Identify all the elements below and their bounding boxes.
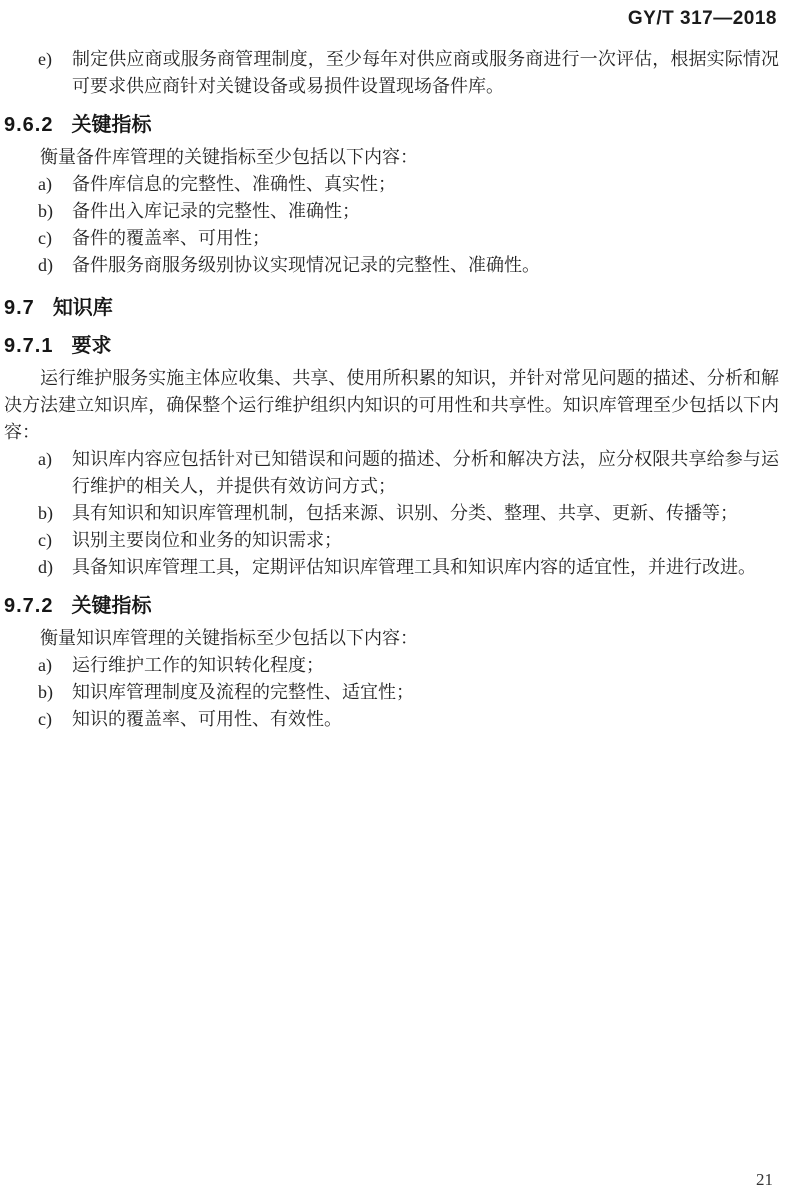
paragraph: 运行维护服务实施主体应收集、共享、使用所积累的知识，并针对常见问题的描述、分析和… — [4, 365, 779, 446]
section-title: 关键指标 — [71, 112, 151, 138]
list-item: b)具有知识和知识库管理机制，包括来源、识别、分类、整理、共享、更新、传播等； — [4, 500, 779, 527]
list-item: b)知识库管理制度及流程的完整性、适宜性； — [4, 679, 779, 706]
list-text: 制定供应商或服务商管理制度，至少每年对供应商或服务商进行一次评估，根据实际情况可… — [72, 46, 779, 100]
list-marker: c) — [4, 527, 72, 554]
list-marker: a) — [4, 446, 72, 500]
list-text: 知识的覆盖率、可用性、有效性。 — [72, 706, 779, 733]
list-marker: e) — [4, 46, 72, 100]
list-item: d)备件服务商服务级别协议实现情况记录的完整性、准确性。 — [4, 252, 779, 279]
list-marker: b) — [4, 679, 72, 706]
list-text: 备件服务商服务级别协议实现情况记录的完整性、准确性。 — [72, 252, 779, 279]
list-text: 知识库内容应包括针对已知错误和问题的描述、分析和解决方法，应分权限共享给参与运行… — [72, 446, 779, 500]
list-item: a)备件库信息的完整性、准确性、真实性； — [4, 171, 779, 198]
list-item: b)备件出入库记录的完整性、准确性； — [4, 198, 779, 225]
list-marker: d) — [4, 252, 72, 279]
list-item: c)知识的覆盖率、可用性、有效性。 — [4, 706, 779, 733]
section-number: 9.7 — [4, 295, 35, 321]
list-item: c)识别主要岗位和业务的知识需求； — [4, 527, 779, 554]
section-heading: 9.7.2关键指标 — [4, 593, 779, 619]
section-number: 9.7.2 — [4, 593, 53, 619]
document-blocks: e)制定供应商或服务商管理制度，至少每年对供应商或服务商进行一次评估，根据实际情… — [4, 46, 779, 733]
section-heading: 9.6.2关键指标 — [4, 112, 779, 138]
list-text: 识别主要岗位和业务的知识需求； — [72, 527, 779, 554]
list-text: 备件库信息的完整性、准确性、真实性； — [72, 171, 779, 198]
list-item: c)备件的覆盖率、可用性； — [4, 225, 779, 252]
list-text: 知识库管理制度及流程的完整性、适宜性； — [72, 679, 779, 706]
document-page: GY/T 317—2018 e)制定供应商或服务商管理制度，至少每年对供应商或服… — [0, 0, 807, 1200]
list-item: a)知识库内容应包括针对已知错误和问题的描述、分析和解决方法，应分权限共享给参与… — [4, 446, 779, 500]
section-title: 要求 — [71, 333, 111, 359]
list-text: 具有知识和知识库管理机制，包括来源、识别、分类、整理、共享、更新、传播等； — [72, 500, 779, 527]
section-number: 9.7.1 — [4, 333, 53, 359]
list-item: e)制定供应商或服务商管理制度，至少每年对供应商或服务商进行一次评估，根据实际情… — [4, 46, 779, 100]
standard-code: GY/T 317—2018 — [628, 8, 777, 30]
list-text: 备件出入库记录的完整性、准确性； — [72, 198, 779, 225]
section-title: 关键指标 — [71, 593, 151, 619]
list-text: 运行维护工作的知识转化程度； — [72, 652, 779, 679]
paragraph: 衡量知识库管理的关键指标至少包括以下内容： — [4, 625, 779, 652]
list-marker: d) — [4, 554, 72, 581]
list-text: 具备知识库管理工具，定期评估知识库管理工具和知识库内容的适宜性，并进行改进。 — [72, 554, 779, 581]
list-marker: c) — [4, 225, 72, 252]
page-number: 21 — [756, 1170, 773, 1190]
paragraph: 衡量备件库管理的关键指标至少包括以下内容： — [4, 144, 779, 171]
list-item: d)具备知识库管理工具，定期评估知识库管理工具和知识库内容的适宜性，并进行改进。 — [4, 554, 779, 581]
list-marker: b) — [4, 198, 72, 225]
section-title: 知识库 — [53, 295, 113, 321]
section-number: 9.6.2 — [4, 112, 53, 138]
section-heading: 9.7知识库 — [4, 295, 779, 321]
list-marker: a) — [4, 171, 72, 198]
list-marker: c) — [4, 706, 72, 733]
list-marker: b) — [4, 500, 72, 527]
list-item: a)运行维护工作的知识转化程度； — [4, 652, 779, 679]
list-text: 备件的覆盖率、可用性； — [72, 225, 779, 252]
list-marker: a) — [4, 652, 72, 679]
section-heading: 9.7.1要求 — [4, 333, 779, 359]
